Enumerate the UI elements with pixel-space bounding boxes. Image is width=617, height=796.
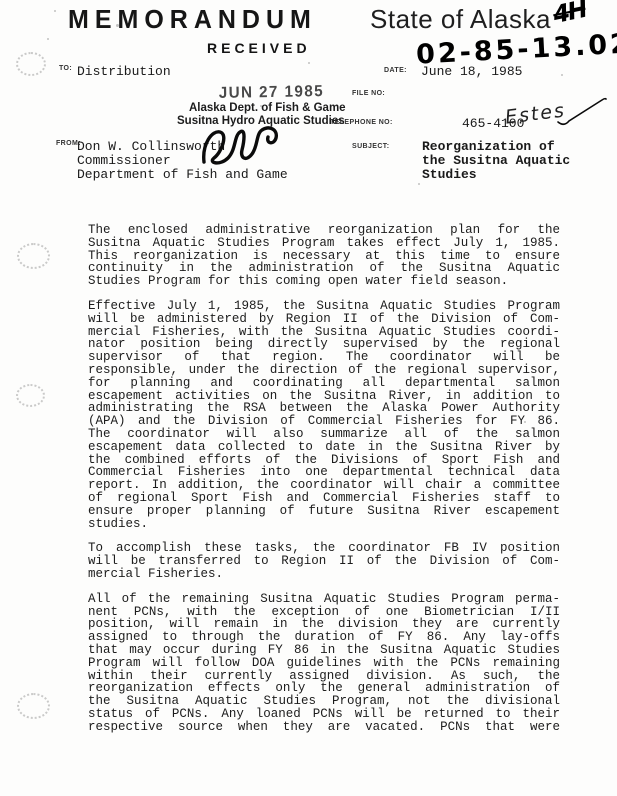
date-label: DATE:: [384, 67, 407, 74]
dwc-initials-signature: [198, 122, 290, 170]
body-line: Susitna Aquatic Studies Program takes ef…: [88, 237, 560, 250]
body-line: The enclosed administrative reorganizati…: [88, 224, 560, 237]
body-paragraph-1: The enclosed administrative reorganizati…: [88, 224, 560, 288]
body-paragraph-3: To accomplish these tasks, the coordinat…: [88, 542, 560, 580]
punch-hole: [16, 384, 45, 407]
received-date-stamp: JUN 27 1985: [219, 83, 325, 103]
to-label: TO:: [59, 65, 72, 72]
punch-hole: [16, 52, 46, 76]
body-line: ensure proper planning of future Susitna…: [88, 505, 560, 518]
body-line: of regional Sport Fish and Commercial Fi…: [88, 492, 560, 505]
dept-stamp-line1: Alaska Dept. of Fish & Game: [189, 102, 346, 114]
body-line: Program will follow DOA guidelines with …: [88, 657, 560, 670]
file-no-label: FILE NO:: [352, 90, 385, 97]
from-title: Commissioner: [77, 154, 171, 168]
body-line: The coordinator will also summarize all …: [88, 428, 560, 441]
subject-line2: the Susitna Aquatic: [422, 154, 570, 168]
body-line: Effective July 1, 1985, the Susitna Aqua…: [88, 300, 560, 313]
memo-page: MEMORANDUM State of Alaska 4H RECEIVED 0…: [0, 0, 617, 796]
body-line: responsible, under the direction of the …: [88, 364, 560, 377]
body-paragraph-2: Effective July 1, 1985, the Susitna Aqua…: [88, 300, 560, 530]
body-line: the Susitna Aquatic Studies Program, not…: [88, 695, 560, 708]
body-line: mercial Fisheries.: [88, 568, 560, 581]
memo-body: The enclosed administrative reorganizati…: [88, 224, 560, 745]
subject-line3: Studies: [422, 168, 477, 182]
date-value: June 18, 1985: [421, 64, 522, 79]
punch-hole: [17, 243, 50, 269]
to-value: Distribution: [77, 64, 171, 79]
state-of-alaska-title: State of Alaska: [370, 4, 551, 35]
body-line: studies.: [88, 518, 560, 531]
body-line: escapement data collected to date in the…: [88, 441, 560, 454]
subject-label: SUBJECT:: [352, 143, 389, 150]
from-department: Department of Fish and Game: [77, 168, 288, 182]
body-line: assigned to through the duration of FY 8…: [88, 631, 560, 644]
body-line: status of PCNs. Any loaned PCNs will be …: [88, 708, 560, 721]
body-line: will be administered by Region II of the…: [88, 313, 560, 326]
telephone-label: TELEPHONE NO:: [330, 119, 393, 126]
received-stamp: RECEIVED: [207, 40, 311, 56]
body-line: Studies Program for this coming open wat…: [88, 275, 560, 288]
body-line: respective source when they are vacated.…: [88, 721, 560, 734]
body-paragraph-4: All of the remaining Susitna Aquatic Stu…: [88, 593, 560, 734]
body-line: for planning and coordinating all depart…: [88, 377, 560, 390]
memo-title: MEMORANDUM: [68, 6, 317, 36]
handwritten-crossed-mark: 4H: [550, 0, 588, 29]
body-line: All of the remaining Susitna Aquatic Stu…: [88, 593, 560, 606]
body-line: will be transferred to Region II of the …: [88, 555, 560, 568]
check-swoosh-icon: [556, 96, 608, 130]
body-line: that may occur during FY 86 in the Susit…: [88, 644, 560, 657]
subject-line1: Reorganization of: [422, 140, 555, 154]
punch-hole: [17, 693, 50, 719]
